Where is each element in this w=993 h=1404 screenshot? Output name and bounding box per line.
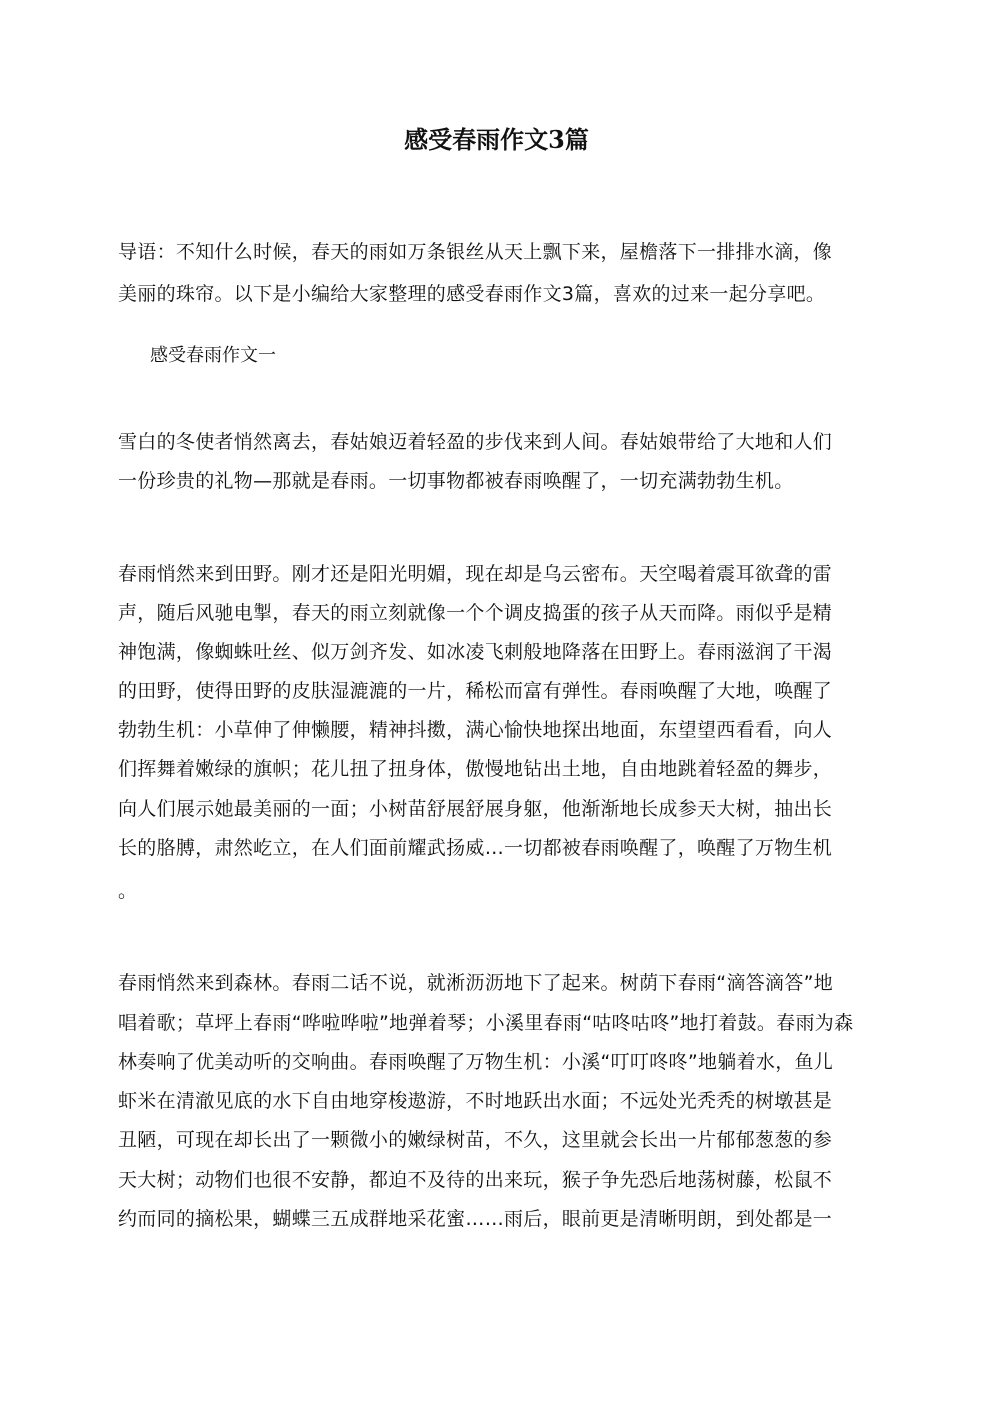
paragraph-line: 。: [118, 878, 878, 904]
paragraph-line: 春雨悄然来到田野。刚才还是阳光明媚，现在却是乌云密布。天空喝着震耳欲聋的雷: [118, 561, 878, 587]
intro-line: 美丽的珠帘。以下是小编给大家整理的感受春雨作文3篇，喜欢的过来一起分享吧。: [118, 281, 878, 307]
paragraph-line: 唱着歌；草坪上春雨“哗啦哗啦”地弹着琴；小溪里春雨“咕咚咕咚”地打着鼓。春雨为森: [118, 1010, 878, 1036]
paragraph-line: 长的胳膊，肃然屹立，在人们面前耀武扬威…一切都被春雨唤醒了，唤醒了万物生机: [118, 835, 878, 861]
paragraph-line: 丑陋，可现在却长出了一颗微小的嫩绿树苗，不久，这里就会长出一片郁郁葱葱的参: [118, 1127, 878, 1153]
paragraph-line: 天大树；动物们也很不安静，都迫不及待的出来玩，猴子争先恐后地荡树藤，松鼠不: [118, 1167, 878, 1193]
paragraph-line: 向人们展示她最美丽的一面；小树苗舒展舒展身躯，他渐渐地长成参天大树，抽出长: [118, 796, 878, 822]
intro-line: 导语：不知什么时候，春天的雨如万条银丝从天上飘下来，屋檐落下一排排水滴，像: [118, 239, 878, 265]
paragraph-line: 声，随后风驰电掣，春天的雨立刻就像一个个调皮捣蛋的孩子从天而降。雨似乎是精: [118, 600, 878, 626]
paragraph-line: 林奏响了优美动听的交响曲。春雨唤醒了万物生机：小溪“叮叮咚咚”地躺着水，鱼儿: [118, 1049, 878, 1075]
section-heading: 感受春雨作文一: [150, 341, 276, 367]
paragraph-line: 勃勃生机：小草伸了伸懒腰，精神抖擞，满心愉快地探出地面，东望望西看看，向人: [118, 717, 878, 743]
paragraph-line: 约而同的摘松果，蝴蝶三五成群地采花蜜……雨后，眼前更是清晰明朗，到处都是一: [118, 1206, 878, 1232]
paragraph-line: 神饱满，像蜘蛛吐丝、似万剑齐发、如冰凌飞刺般地降落在田野上。春雨滋润了干渴: [118, 639, 878, 665]
paragraph-line: 雪白的冬使者悄然离去，春姑娘迈着轻盈的步伐来到人间。春姑娘带给了大地和人们: [118, 429, 878, 455]
document-title: 感受春雨作文3篇: [0, 120, 993, 155]
paragraph-line: 的田野，使得田野的皮肤湿漉漉的一片，稀松而富有弹性。春雨唤醒了大地，唤醒了: [118, 678, 878, 704]
paragraph-line: 们挥舞着嫩绿的旗帜；花儿扭了扭身体，傲慢地钻出土地，自由地跳着轻盈的舞步，: [118, 756, 878, 782]
paragraph-line: 春雨悄然来到森林。春雨二话不说，就淅沥沥地下了起来。树荫下春雨“滴答滴答”地: [118, 970, 878, 996]
paragraph-line: 一份珍贵的礼物—那就是春雨。一切事物都被春雨唤醒了，一切充满勃勃生机。: [118, 468, 878, 494]
paragraph-line: 虾米在清澈见底的水下自由地穿梭遨游，不时地跃出水面；不远处光秃秃的树墩甚是: [118, 1088, 878, 1114]
